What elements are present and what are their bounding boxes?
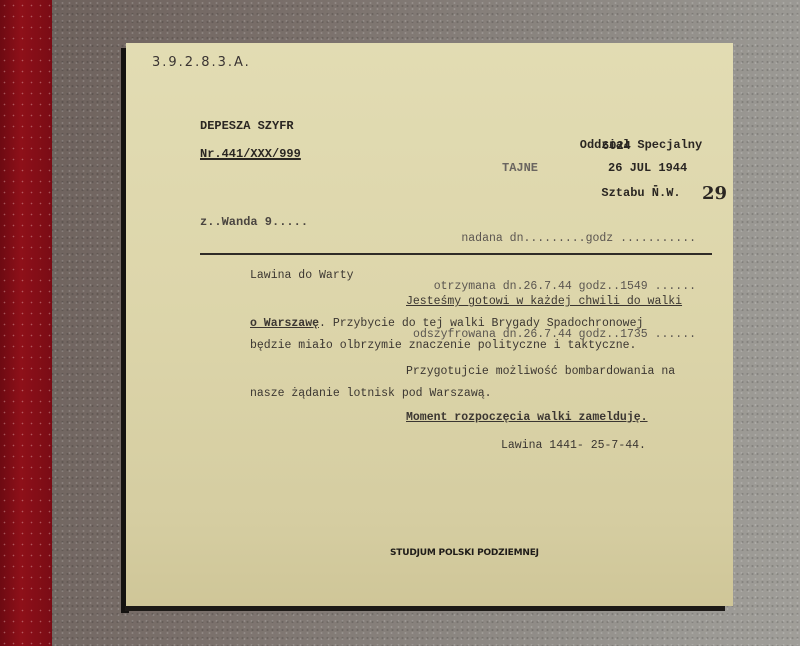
dash-mark: - (652, 179, 659, 193)
archive-stamp: STUDJUM POLSKI PODZIEMNEJ (390, 548, 539, 558)
classification-stamp: TAJNE (502, 161, 538, 175)
sent-line: nadana dn.........godz ........... (396, 231, 696, 247)
message-line-3: będzie miało olbrzymie znaczenie polityc… (250, 339, 636, 352)
divider-line (200, 253, 712, 255)
message-line-2: o Warszawę. Przybycie do tej walki Bryga… (250, 317, 643, 330)
message-line-2-rest: . Przybycie do tej walki Brygady Spadoch… (319, 317, 643, 330)
handwritten-reference: 3.9.2.8.3.A. (152, 55, 251, 70)
underlined-warsaw: o Warszawę (250, 317, 319, 330)
message-line-5: nasze żądanie lotnisk pod Warszawą. (250, 387, 492, 400)
document-number: Nr.441/XXX/999 (200, 147, 301, 161)
sender-field: z..Wanda 9..... (200, 215, 308, 229)
date-stamp: 26 JUL 1944 (608, 161, 687, 175)
message-line-6: Moment rozpoczęcia walki zamelduję. (406, 411, 648, 424)
greeting: Lawina do Warty (250, 269, 354, 282)
page-number: 29 (702, 183, 727, 204)
received-line: otrzymana dn.26.7.44 godz..1549 ...... (396, 279, 696, 295)
message-line-4: Przygotujcie możliwość bombardowania na (406, 365, 675, 378)
red-fabric-edge (0, 0, 52, 646)
document-heading: DEPESZA SZYFR (200, 119, 294, 133)
department-line-1: Oddział Specjalny (546, 137, 736, 153)
telegram-document: 3.9.2.8.3.A. DEPESZA SZYFR Nr.441/XXX/99… (126, 43, 733, 606)
message-line-1: Jesteśmy gotowi w każdej chwili do walki (406, 295, 682, 308)
card-shadow-bottom (125, 606, 725, 611)
document-code: 6024 (602, 139, 631, 153)
signature: Lawina 1441- 25-7-44. (501, 439, 646, 452)
